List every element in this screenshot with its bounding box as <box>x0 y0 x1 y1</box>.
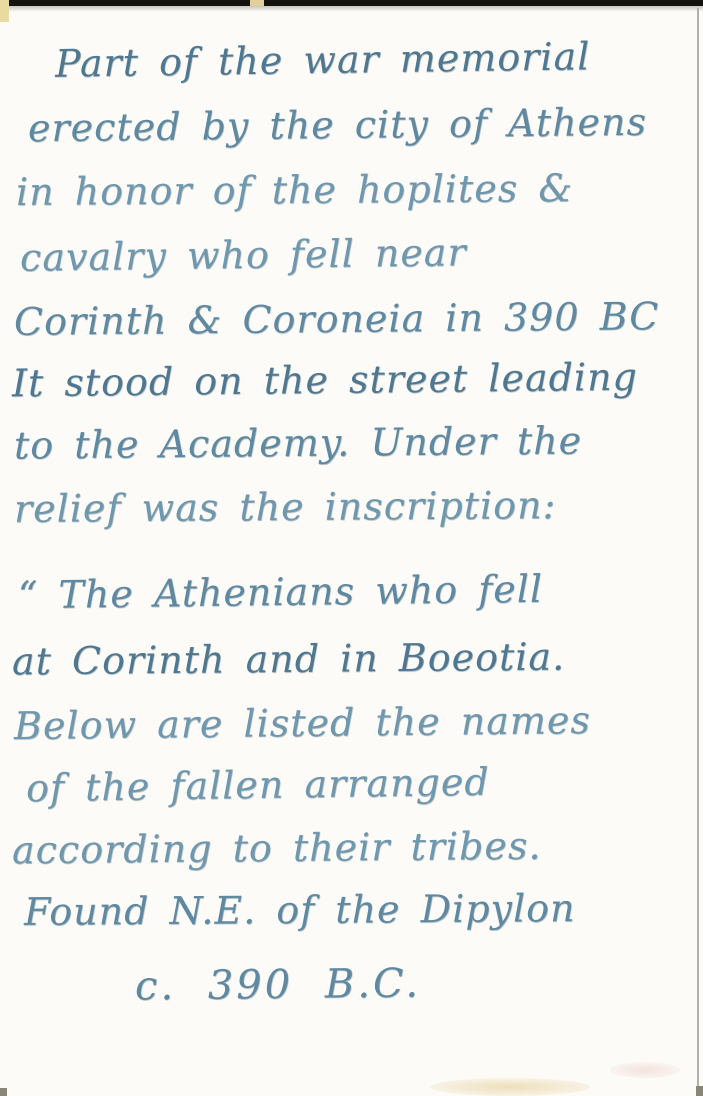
scan-speck-top <box>250 0 264 6</box>
corner-notch <box>0 0 9 22</box>
scan-smudge-bottom <box>430 1078 590 1096</box>
handwritten-line-10: at Corinth and in Boeotia. <box>12 635 566 684</box>
handwritten-line-5: Corinth & Coroneia in 390 BC <box>14 294 660 344</box>
handwritten-line-14: Found N.E. of the Dipylon <box>24 886 576 934</box>
postcard-back: Part of the war memorial erected by the … <box>0 0 703 1096</box>
scan-edge-right <box>697 8 699 1093</box>
handwritten-line-11: Below are listed the names <box>14 698 591 748</box>
handwritten-line-7: to the Academy. Under the <box>14 419 583 468</box>
scan-speck-bottom-left <box>0 1088 7 1096</box>
handwritten-line-1: Part of the war memorial <box>55 34 591 85</box>
handwritten-line-12: of the fallen arranged <box>26 760 490 810</box>
handwritten-line-2: erected by the city of Athens <box>28 100 647 150</box>
handwritten-line-6: It stood on the street leading <box>12 355 638 406</box>
handwritten-line-3: in honor of the hoplites & <box>16 166 573 214</box>
scan-speck-bottom-right <box>696 1086 703 1096</box>
handwritten-line-4: cavalry who fell near <box>20 230 467 279</box>
handwritten-line-8: relief was the inscription: <box>14 483 557 531</box>
handwritten-line-9: “ The Athenians who fell <box>18 567 544 617</box>
scan-smudge-pink <box>610 1062 680 1078</box>
handwritten-line-13: according to their tribes. <box>12 824 542 873</box>
handwritten-date-line: c. 390 B.C. <box>135 961 421 1010</box>
scan-edge-top-shadow <box>0 6 703 12</box>
